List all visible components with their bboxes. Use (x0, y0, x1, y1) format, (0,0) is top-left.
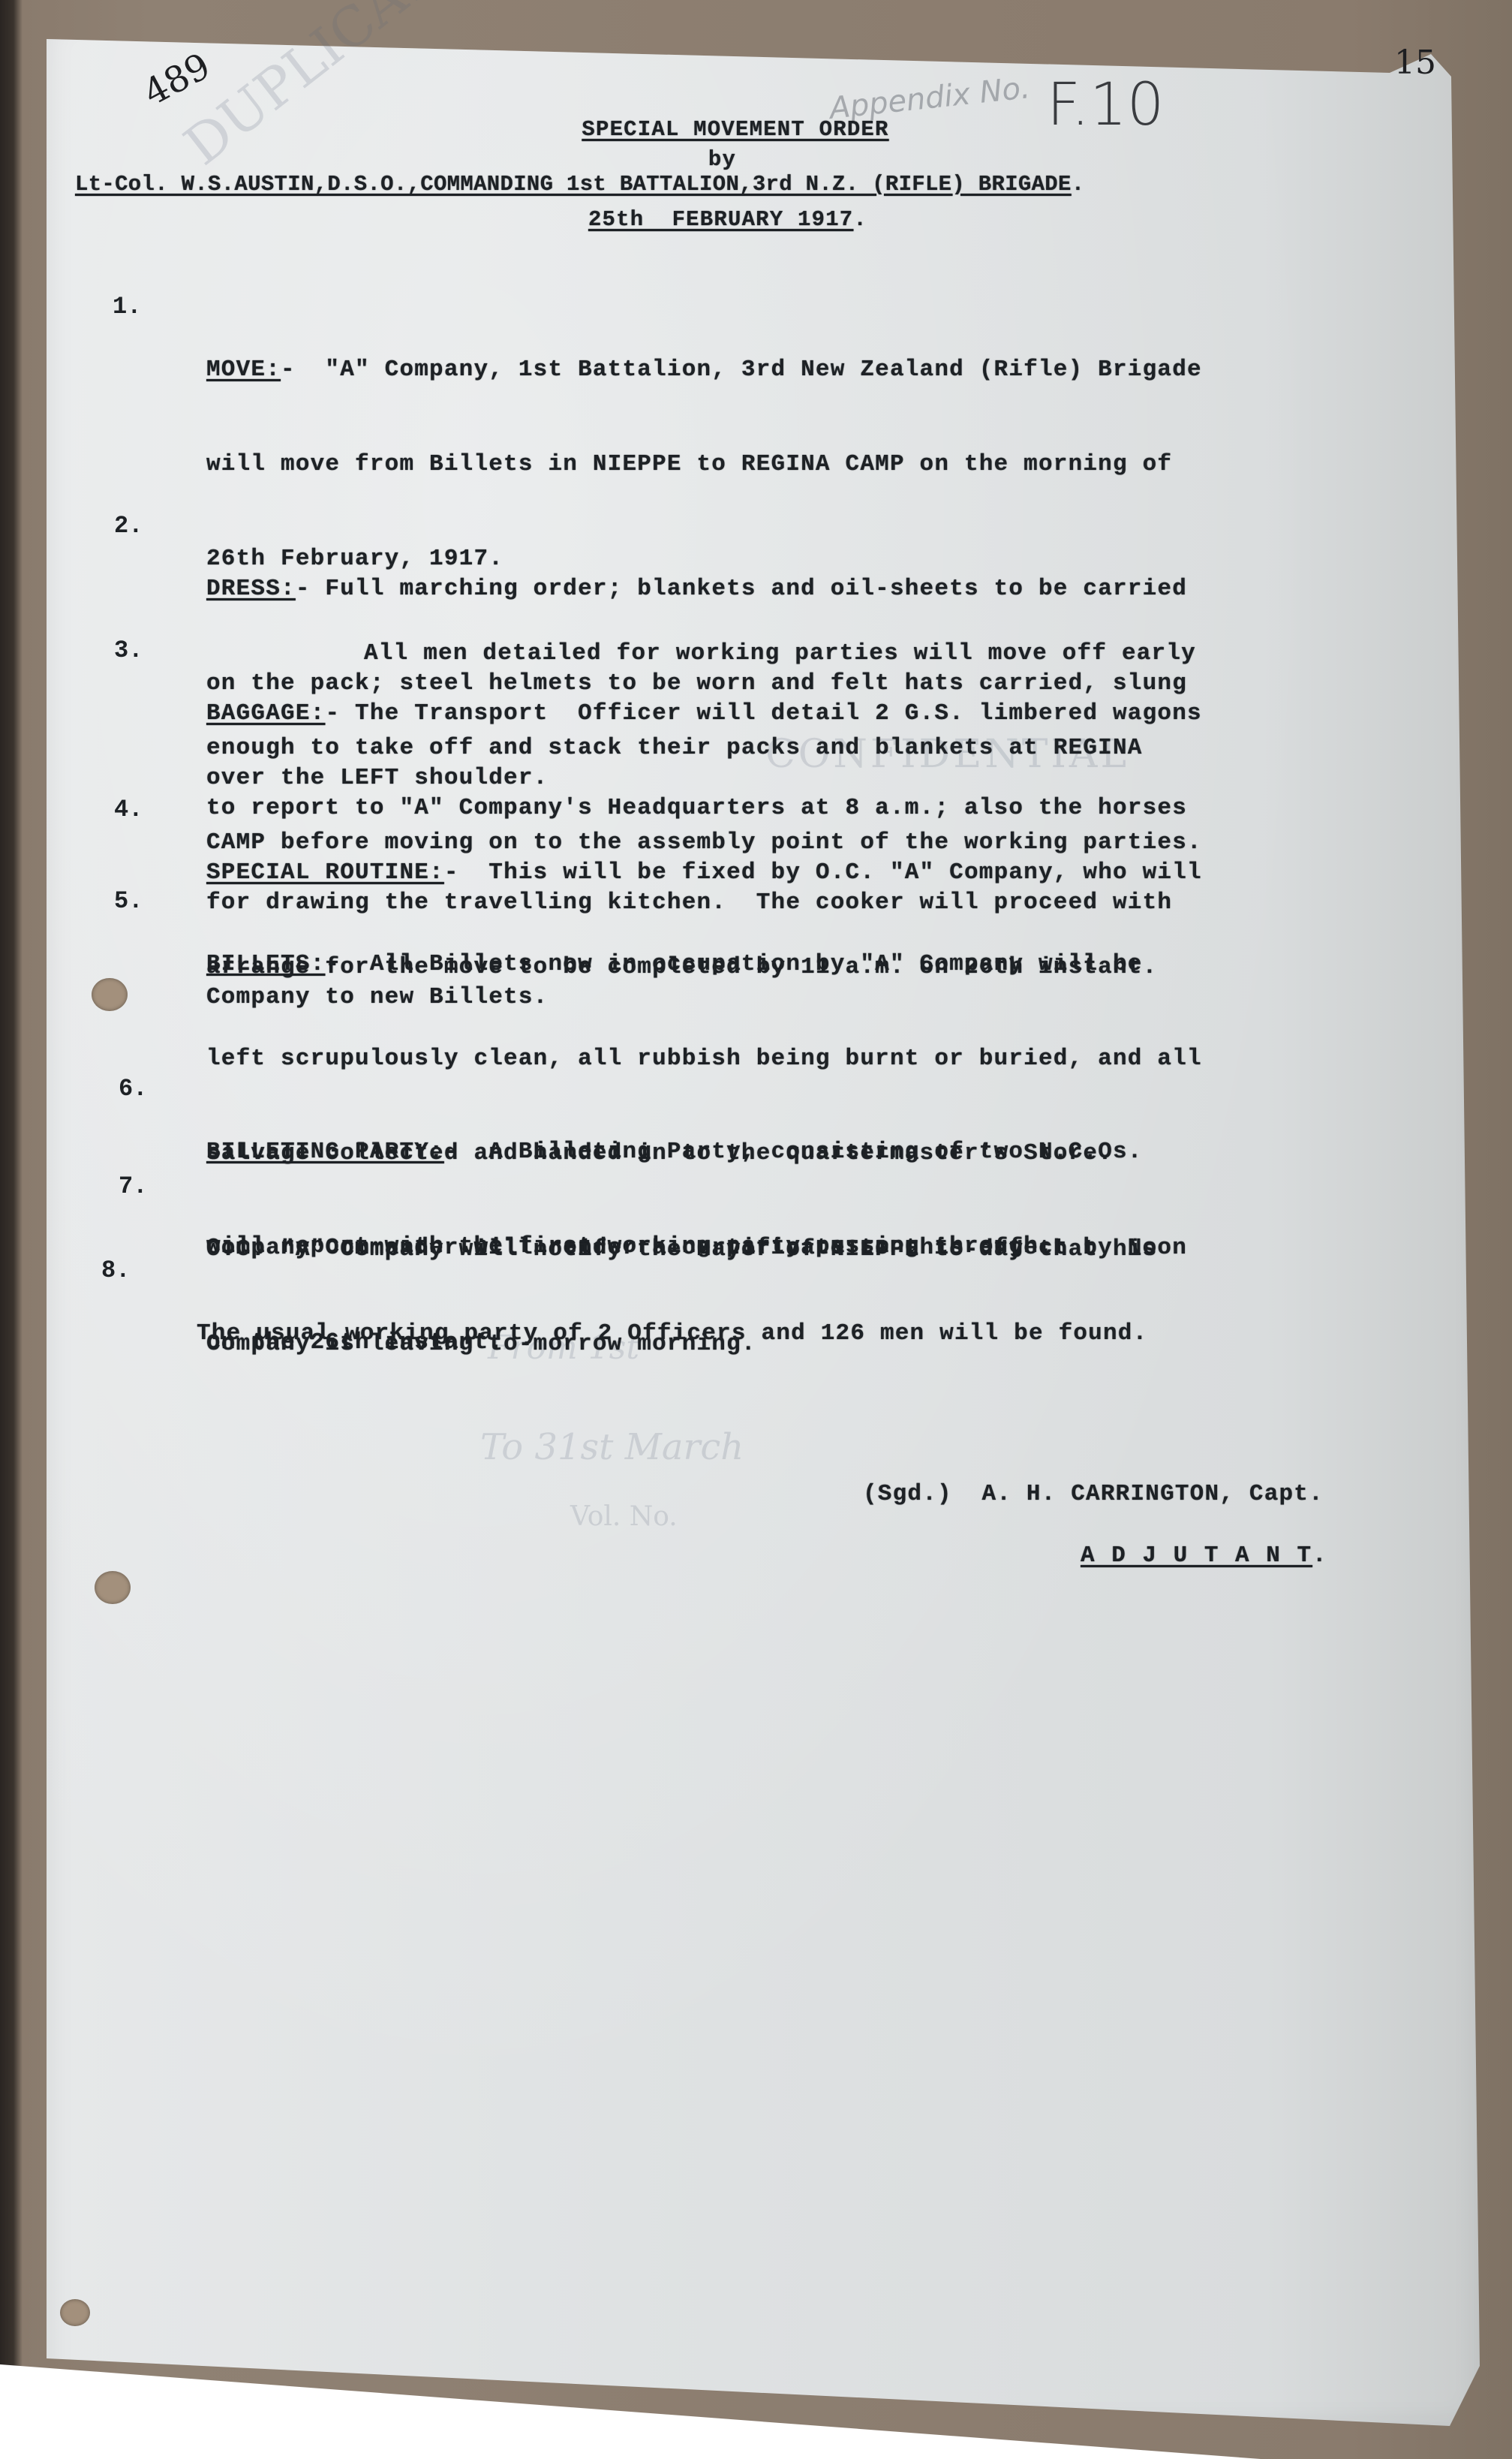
item-number: 7. (119, 1172, 147, 1200)
issuer-period: . (1072, 172, 1085, 197)
punch-hole (95, 1571, 131, 1604)
order-title: SPECIAL MOVEMENT ORDER (582, 114, 888, 146)
issuer-line: Lt-Col. W.S.AUSTIN,D.S.O.,COMMANDING 1st… (75, 169, 1084, 200)
item-line: - A Billeting Party, consisting of two N… (444, 1139, 1143, 1165)
item-heading: BAGGAGE: (206, 700, 325, 727)
item-number: 8. (101, 1257, 130, 1284)
item-line: left scrupulously clean, all rubbish bei… (206, 1043, 1202, 1075)
punch-hole (92, 978, 128, 1011)
issuer-text: Lt-Col. W.S.AUSTIN,D.S.O.,COMMANDING 1st… (75, 172, 1072, 197)
item-heading: DRESS: (206, 576, 296, 602)
item-number: 5. (114, 887, 143, 915)
punch-hole (60, 2299, 90, 2326)
item-heading: BILLETS: (206, 951, 325, 977)
item-heading: SPECIAL ROUTINE: (206, 859, 444, 886)
item-line: - Full marching order; blankets and oil-… (296, 576, 1187, 602)
signed-marker: (Sgd.) (863, 1481, 952, 1507)
item-line: - "A" Company, 1st Battalion, 3rd New Ze… (281, 357, 1202, 383)
title-period: . (1312, 1543, 1328, 1569)
item-number: 6. (119, 1075, 147, 1103)
date-period: . (853, 207, 867, 232)
document-header: SPECIAL MOVEMENT ORDER (0, 114, 1471, 146)
stamp-vol-line: Vol. No. (570, 1501, 678, 1532)
adjutant-line: A D J U T A N T. (1081, 1540, 1328, 1572)
item-number: 2. (114, 512, 143, 540)
item-heading: MOVE: (206, 357, 281, 383)
date-line: 25th FEBRUARY 1917. (588, 204, 867, 236)
item-number: 3. (114, 637, 143, 664)
date-line-wrap: 25th FEBRUARY 1917. (0, 204, 1456, 236)
item-line: The usual working party of 2 Officers an… (197, 1318, 1147, 1350)
item-line: - The Transport Officer will detail 2 G.… (325, 700, 1201, 727)
item-number: 4. (114, 796, 143, 823)
signature-line: (Sgd.) A. H. CARRINGTON, Capt. (863, 1479, 1324, 1510)
item-body: The usual working party of 2 Officers an… (197, 1255, 1147, 1413)
item-line: - This will be fixed by O.C. "A" Company… (444, 859, 1202, 886)
item-number: 1. (113, 293, 141, 321)
order-date: 25th FEBRUARY 1917 (588, 207, 853, 232)
signatory-name: A. H. CARRINGTON, Capt. (981, 1481, 1323, 1507)
signatory-title: A D J U T A N T (1081, 1543, 1312, 1569)
item-line: - All Billets now in occupation by "A" C… (325, 951, 1142, 977)
item-line: will move from Billets in NIEPPE to REGI… (206, 449, 1202, 480)
page-number: 15 (1394, 44, 1436, 82)
item-heading: BILLETING PARTY: (206, 1139, 444, 1165)
stamp-to-line: To 31st March (480, 1426, 744, 1468)
